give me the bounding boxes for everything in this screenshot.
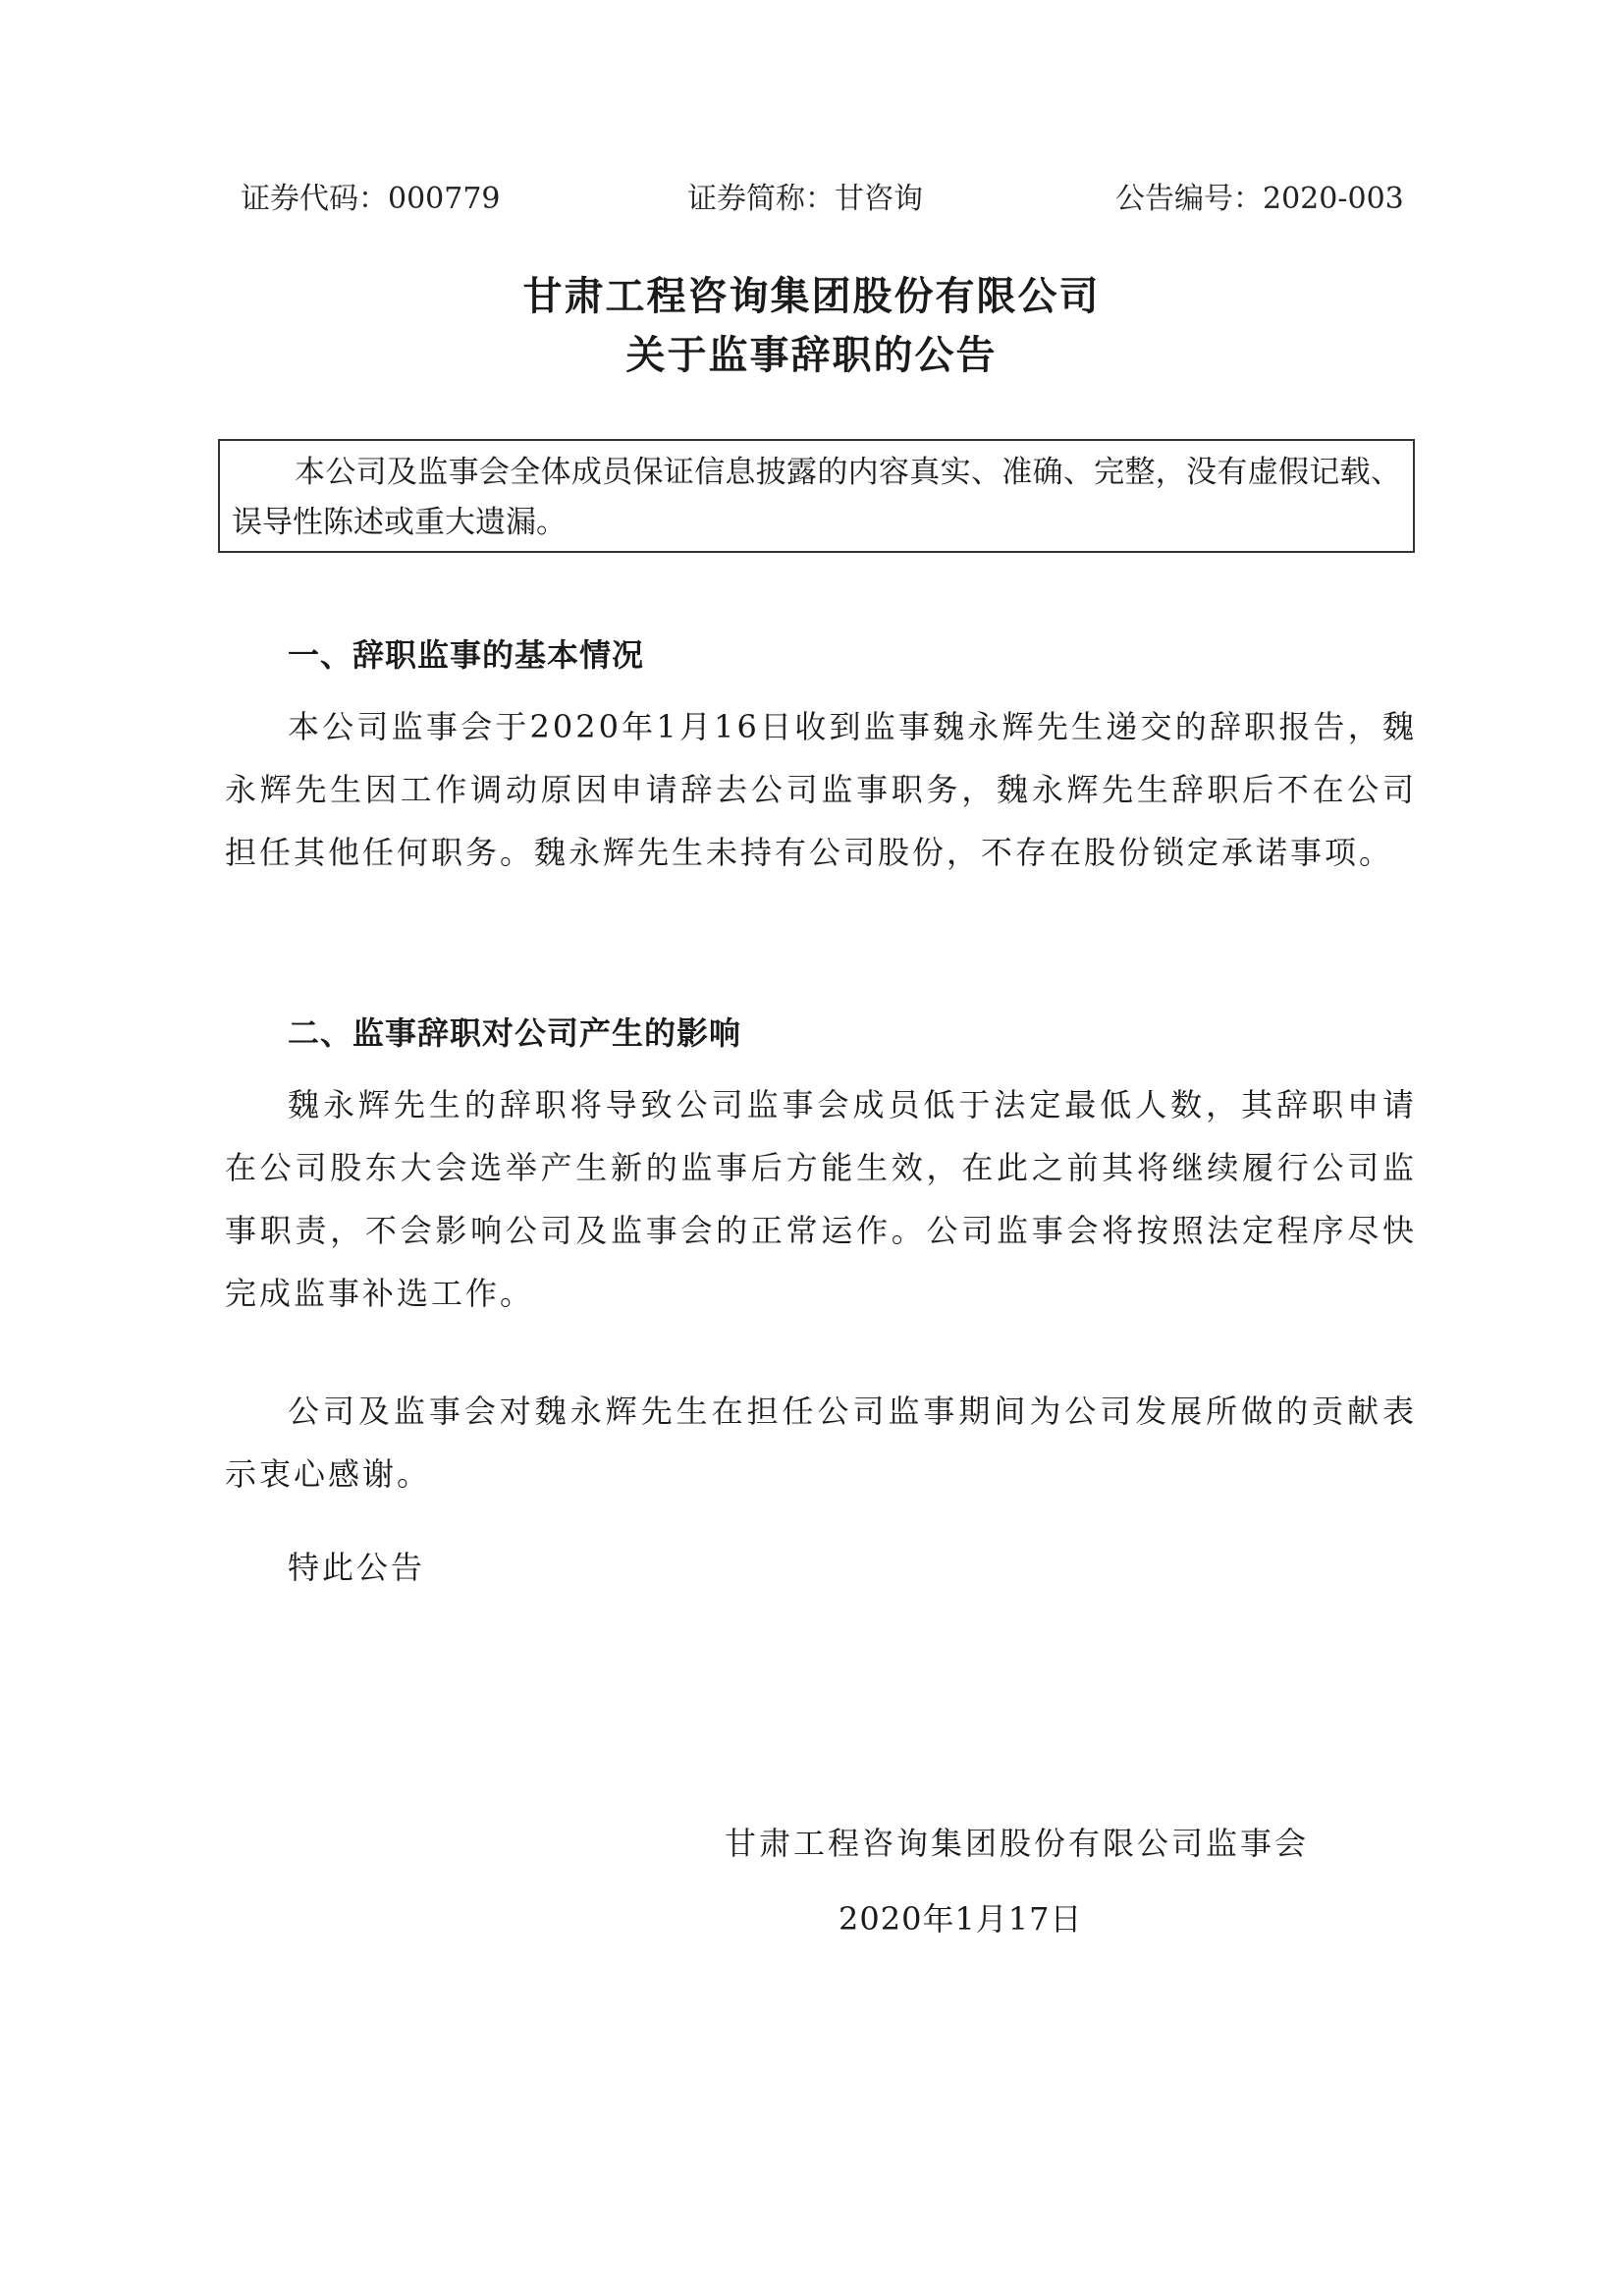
section-heading-1: 一、辞职监事的基本情况 (225, 624, 1417, 686)
signature-organization: 甘肃工程咨询集团股份有限公司监事会 (725, 1822, 1309, 1865)
disclosure-statement-box: 本公司及监事会全体成员保证信息披露的内容真实、准确、完整，没有虚假记载、误导性陈… (218, 439, 1415, 553)
announcement-number: 公告编号：2020-003 (1115, 180, 1404, 219)
announcement-header: 证券代码：000779 证券简称：甘咨询 公告编号：2020-003 (0, 180, 1623, 219)
document-page: 证券代码：000779 证券简称：甘咨询 公告编号：2020-003 甘肃工程咨… (0, 0, 1623, 2296)
security-abbreviation: 证券简称：甘咨询 (687, 180, 923, 219)
signature-date: 2020年1月17日 (839, 1897, 1083, 1941)
document-title-subject: 关于监事辞职的公告 (0, 330, 1623, 381)
closing-statement: 特此公告 (225, 1536, 1417, 1599)
security-code: 证券代码：000779 (241, 180, 501, 219)
section-2-paragraph-1: 魏永辉先生的辞职将导致公司监事会成员低于法定最低人数，其辞职申请在公司股东大会选… (225, 1073, 1417, 1325)
section-1-paragraph: 本公司监事会于2020年1月16日收到监事魏永辉先生递交的辞职报告，魏永辉先生因… (225, 695, 1417, 884)
section-heading-2: 二、监事辞职对公司产生的影响 (225, 1002, 1417, 1065)
section-2-paragraph-2: 公司及监事会对魏永辉先生在担任公司监事期间为公司发展所做的贡献表示衷心感谢。 (225, 1380, 1417, 1505)
document-title-company: 甘肃工程咨询集团股份有限公司 (0, 271, 1623, 322)
